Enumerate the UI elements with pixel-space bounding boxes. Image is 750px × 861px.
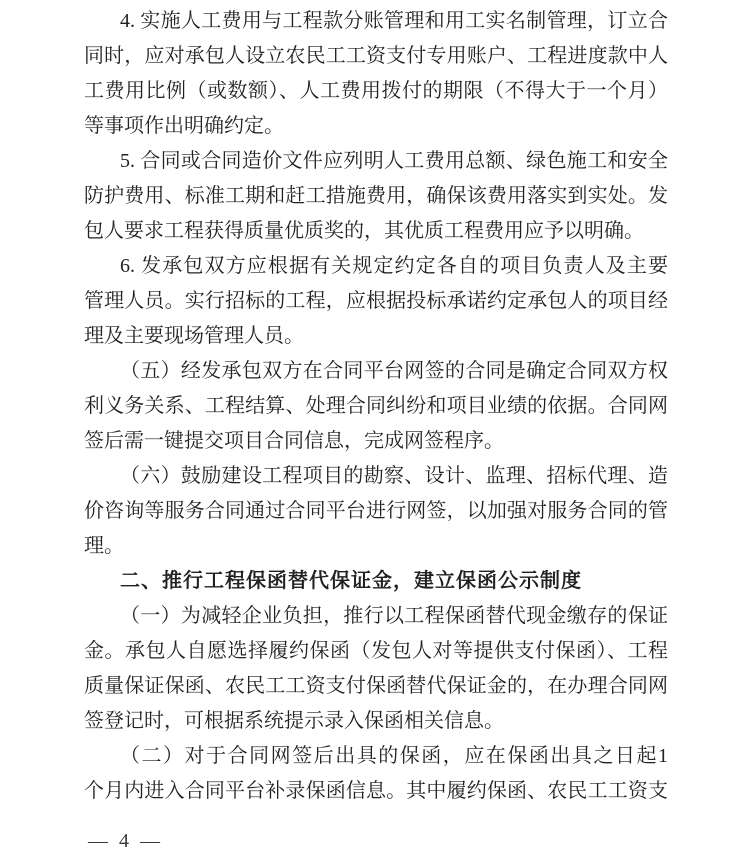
paragraph-item-4: 4. 实施人工费用与工程款分账管理和用工实名制管理，订立合 同时，应对承包人设立…	[84, 4, 668, 144]
text-line: 签登记时，可根据系统提示录入保函相关信息。	[84, 704, 668, 739]
document-page: 4. 实施人工费用与工程款分账管理和用工实名制管理，订立合 同时，应对承包人设立…	[0, 0, 750, 861]
document-body: 4. 实施人工费用与工程款分账管理和用工实名制管理，订立合 同时，应对承包人设立…	[84, 4, 668, 809]
text-line: 签后需一键提交项目合同信息，完成网签程序。	[84, 424, 668, 459]
text-line: 工费用比例（或数额）、人工费用拨付的期限（不得大于一个月）	[84, 74, 668, 109]
text-line: 同时，应对承包人设立农民工工资支付专用账户、工程进度款中人	[84, 39, 668, 74]
text-line: 价咨询等服务合同通过合同平台进行网签，以加强对服务合同的管	[84, 494, 668, 529]
text-line: （二）对于合同网签后出具的保函，应在保函出具之日起1	[84, 739, 668, 774]
text-line: （五）经发承包双方在合同平台网签的合同是确定合同双方权	[84, 354, 668, 389]
text-line: （六）鼓励建设工程项目的勘察、设计、监理、招标代理、造	[84, 459, 668, 494]
paragraph-item-5: 5. 合同或合同造价文件应列明人工费用总额、绿色施工和安全 防护费用、标准工期和…	[84, 144, 668, 249]
text-line: 利义务关系、工程结算、处理合同纠纷和项目业绩的依据。合同网	[84, 389, 668, 424]
paragraph-item-er: （二）对于合同网签后出具的保函，应在保函出具之日起1 个月内进入合同平台补录保函…	[84, 739, 668, 809]
text-line: 理。	[84, 529, 668, 564]
text-line: 6. 发承包双方应根据有关规定约定各自的项目负责人及主要	[84, 249, 668, 284]
text-line: 金。承包人自愿选择履约保函（发包人对等提供支付保函）、工程	[84, 634, 668, 669]
paragraph-item-6: 6. 发承包双方应根据有关规定约定各自的项目负责人及主要 管理人员。实行招标的工…	[84, 249, 668, 354]
text-line: 个月内进入合同平台补录保函信息。其中履约保函、农民工工资支	[84, 774, 668, 809]
paragraph-item-wu: （五）经发承包双方在合同平台网签的合同是确定合同双方权 利义务关系、工程结算、处…	[84, 354, 668, 459]
text-line: 4. 实施人工费用与工程款分账管理和用工实名制管理，订立合	[84, 4, 668, 39]
text-line: 理及主要现场管理人员。	[84, 319, 668, 354]
text-line: 质量保证保函、农民工工资支付保函替代保证金的，在办理合同网	[84, 669, 668, 704]
text-line: （一）为减轻企业负担，推行以工程保函替代现金缴存的保证	[84, 599, 668, 634]
text-line: 管理人员。实行招标的工程，应根据投标承诺约定承包人的项目经	[84, 284, 668, 319]
section-2: 二、推行工程保函替代保证金，建立保函公示制度	[84, 564, 668, 599]
text-line: 防护费用、标准工期和赶工措施费用，确保该费用落实到实处。发	[84, 179, 668, 214]
section-heading: 二、推行工程保函替代保证金，建立保函公示制度	[84, 564, 668, 599]
page-number: — 4 —	[88, 828, 163, 854]
paragraph-item-liu: （六）鼓励建设工程项目的勘察、设计、监理、招标代理、造 价咨询等服务合同通过合同…	[84, 459, 668, 564]
text-line: 5. 合同或合同造价文件应列明人工费用总额、绿色施工和安全	[84, 144, 668, 179]
text-line: 包人要求工程获得质量优质奖的，其优质工程费用应予以明确。	[84, 214, 668, 249]
paragraph-item-yi: （一）为减轻企业负担，推行以工程保函替代现金缴存的保证 金。承包人自愿选择履约保…	[84, 599, 668, 739]
text-line: 等事项作出明确约定。	[84, 109, 668, 144]
